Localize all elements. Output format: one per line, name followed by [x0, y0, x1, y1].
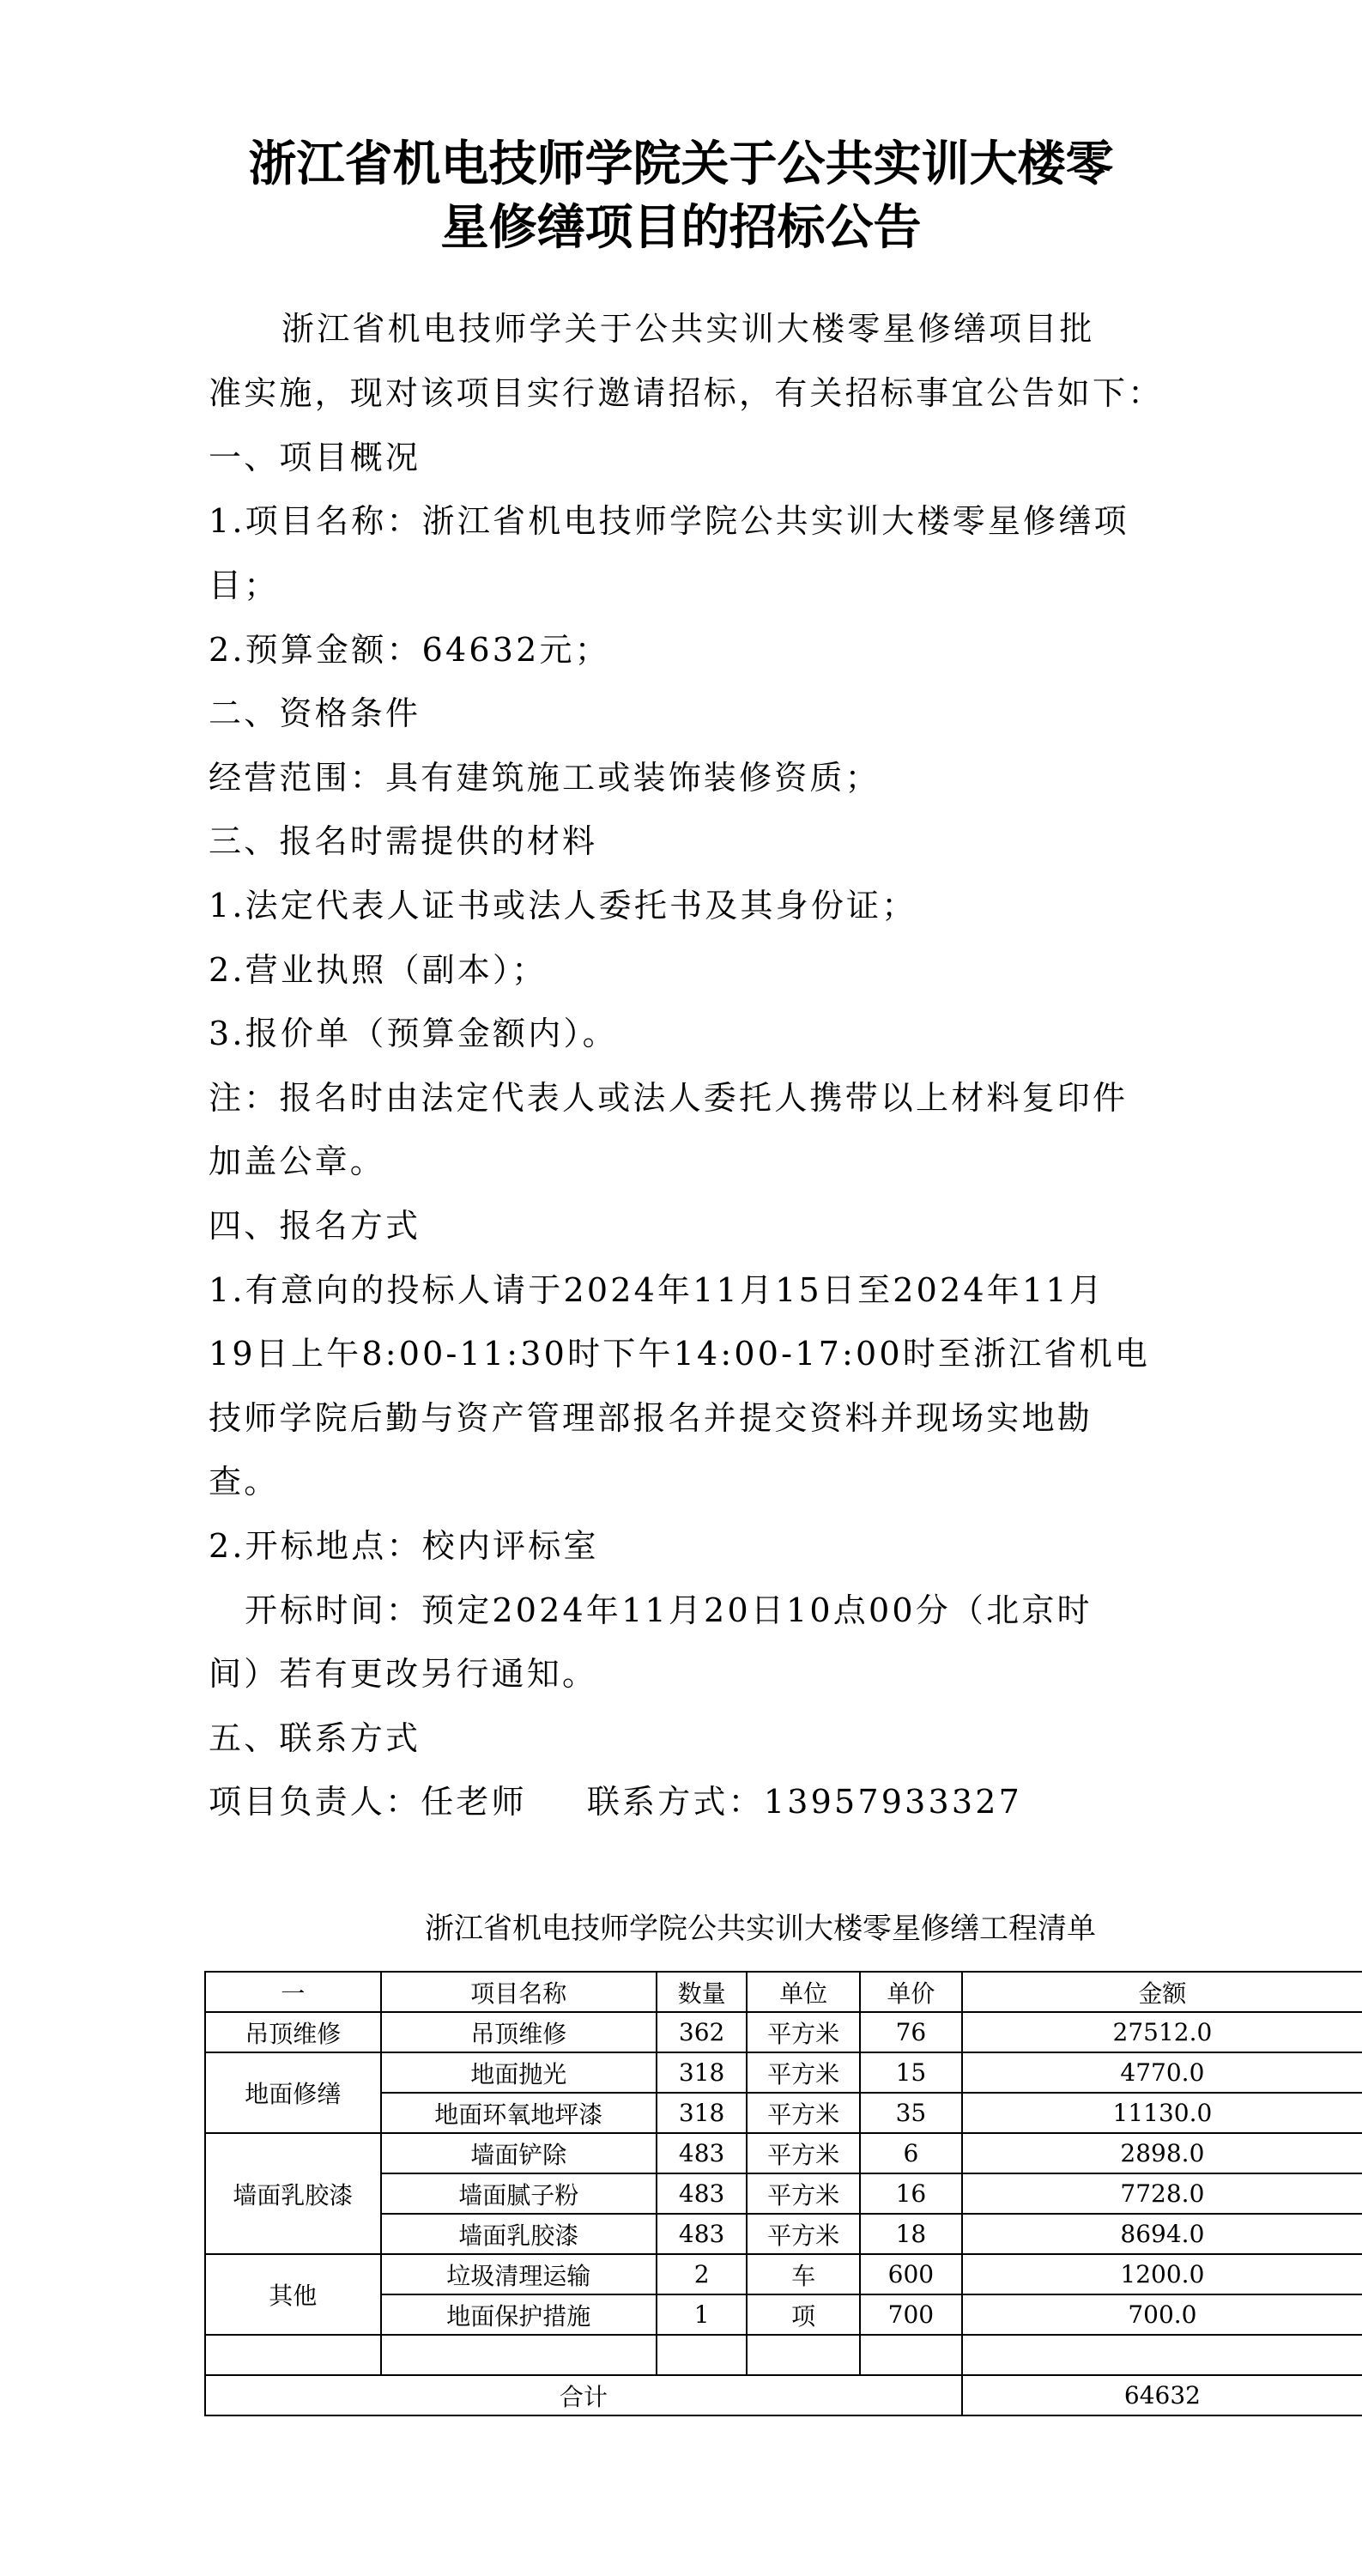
section-heading-contact: 五、联系方式: [209, 1717, 421, 1760]
quantity-cell: 318: [657, 2093, 747, 2133]
quantity-cell: 483: [657, 2133, 747, 2173]
item-name-cell: 吊顶维修: [381, 2012, 657, 2052]
total-label: 合计: [205, 2375, 962, 2415]
materials-note-line-2: 加盖公章。: [209, 1140, 385, 1183]
section-heading-project-overview: 一、项目概况: [209, 436, 421, 479]
amount-cell: 700.0: [962, 2294, 1362, 2335]
empty-cell: [657, 2335, 747, 2375]
header-quantity: 数量: [657, 1972, 747, 2012]
unit-cell: 项: [747, 2294, 860, 2335]
unit-price-cell: 600: [860, 2254, 962, 2294]
amount-cell: 4770.0: [962, 2052, 1362, 2093]
registration-line-1: 1.有意向的投标人请于2024年11月15日至2024年11月: [209, 1269, 1105, 1312]
empty-cell: [381, 2335, 657, 2375]
registration-line-3: 技师学院后勤与资产管理部报名并提交资料并现场实地勘: [209, 1397, 1093, 1440]
bill-title: 浙江省机电技师学院公共实训大楼零星修缮工程清单: [0, 1910, 1362, 1948]
table-header-row: 一 项目名称 数量 单位 单价 金额: [205, 1972, 1362, 2012]
project-name-line-1: 1.项目名称：浙江省机电技师学院公共实训大楼零星修缮项: [209, 500, 1129, 542]
empty-cell: [205, 2335, 381, 2375]
category-cell: 地面修缮: [205, 2052, 381, 2133]
bill-of-quantities-table: 一 项目名称 数量 单位 单价 金额 吊顶维修 吊顶维修 362 平方米 76 …: [204, 1971, 1362, 2416]
unit-cell: 平方米: [747, 2093, 860, 2133]
table-row: 墙面乳胶漆 墙面铲除 483 平方米 6 2898.0: [205, 2133, 1362, 2173]
table-row: 吊顶维修 吊顶维修 362 平方米 76 27512.0: [205, 2012, 1362, 2052]
header-unit-price: 单价: [860, 1972, 962, 2012]
section-heading-qualification: 二、资格条件: [209, 692, 421, 735]
material-item-1: 1.法定代表人证书或法人委托书及其身份证；: [209, 884, 917, 927]
amount-cell: 8694.0: [962, 2214, 1362, 2254]
header-unit: 单位: [747, 1972, 860, 2012]
item-name-cell: 墙面乳胶漆: [381, 2214, 657, 2254]
quantity-cell: 318: [657, 2052, 747, 2093]
contact-person: 项目负责人：任老师: [209, 1783, 527, 1821]
budget-amount: 2.预算金额：64632元；: [209, 628, 610, 671]
unit-price-cell: 16: [860, 2173, 962, 2214]
section-heading-registration: 四、报名方式: [209, 1204, 421, 1247]
amount-cell: 2898.0: [962, 2133, 1362, 2173]
header-category: 一: [205, 1972, 381, 2012]
amount-cell: 7728.0: [962, 2173, 1362, 2214]
total-amount: 64632: [962, 2375, 1362, 2415]
item-name-cell: 墙面腻子粉: [381, 2173, 657, 2214]
intro-paragraph-line-1: 浙江省机电技师学关于公共实训大楼零星修缮项目批: [281, 307, 1095, 350]
empty-cell: [860, 2335, 962, 2375]
table-row: 其他 垃圾清理运输 2 车 600 1200.0: [205, 2254, 1362, 2294]
unit-price-cell: 6: [860, 2133, 962, 2173]
quantity-cell: 2: [657, 2254, 747, 2294]
empty-cell: [747, 2335, 860, 2375]
bid-opening-time-line-2: 间）若有更改另行通知。: [209, 1652, 597, 1695]
item-name-cell: 地面环氧地坪漆: [381, 2093, 657, 2133]
unit-price-cell: 35: [860, 2093, 962, 2133]
table-total-row: 合计 64632: [205, 2375, 1362, 2415]
category-cell: 吊顶维修: [205, 2012, 381, 2052]
table-row-empty: [205, 2335, 1362, 2375]
item-name-cell: 地面抛光: [381, 2052, 657, 2093]
title-line-2: 星修缮项目的招标公告: [0, 196, 1362, 259]
material-item-2: 2.营业执照（副本）；: [209, 949, 547, 991]
contact-line: 项目负责人：任老师联系方式：13957933327: [209, 1780, 1022, 1823]
unit-cell: 平方米: [747, 2012, 860, 2052]
amount-cell: 11130.0: [962, 2093, 1362, 2133]
category-cell: 墙面乳胶漆: [205, 2133, 381, 2254]
unit-cell: 平方米: [747, 2052, 860, 2093]
registration-line-2: 19日上午8:00-11:30时下午14:00-17:00时至浙江省机电: [209, 1332, 1150, 1375]
unit-cell: 平方米: [747, 2214, 860, 2254]
category-cell: 其他: [205, 2254, 381, 2335]
header-amount: 金额: [962, 1972, 1362, 2012]
materials-note-line-1: 注：报名时由法定代表人或法人委托人携带以上材料复印件: [209, 1076, 1128, 1119]
unit-price-cell: 700: [860, 2294, 962, 2335]
intro-paragraph-line-2: 准实施，现对该项目实行邀请招标，有关招标事宜公告如下：: [209, 372, 1163, 415]
table-row: 地面修缮 地面抛光 318 平方米 15 4770.0: [205, 2052, 1362, 2093]
material-item-3: 3.报价单（预算金额内）。: [209, 1012, 618, 1055]
project-name-line-2: 目；: [209, 564, 279, 607]
header-item-name: 项目名称: [381, 1972, 657, 2012]
unit-cell: 车: [747, 2254, 860, 2294]
amount-cell: 1200.0: [962, 2254, 1362, 2294]
quantity-cell: 483: [657, 2214, 747, 2254]
amount-cell: 27512.0: [962, 2012, 1362, 2052]
quantity-cell: 362: [657, 2012, 747, 2052]
title-line-1: 浙江省机电技师学院关于公共实训大楼零: [0, 132, 1362, 196]
contact-phone[interactable]: 联系方式：13957933327: [587, 1783, 1022, 1821]
empty-cell: [962, 2335, 1362, 2375]
bid-opening-time-line-1: 开标时间：预定2024年11月20日10点00分（北京时: [245, 1589, 1093, 1632]
registration-line-4: 查。: [209, 1460, 279, 1503]
unit-cell: 平方米: [747, 2173, 860, 2214]
business-scope: 经营范围：具有建筑施工或装饰装修资质；: [209, 756, 881, 799]
bid-opening-location: 2.开标地点：校内评标室: [209, 1524, 599, 1567]
unit-price-cell: 15: [860, 2052, 962, 2093]
item-name-cell: 地面保护措施: [381, 2294, 657, 2335]
unit-cell: 平方米: [747, 2133, 860, 2173]
unit-price-cell: 76: [860, 2012, 962, 2052]
section-heading-materials: 三、报名时需提供的材料: [209, 820, 597, 863]
quantity-cell: 483: [657, 2173, 747, 2214]
item-name-cell: 垃圾清理运输: [381, 2254, 657, 2294]
unit-price-cell: 18: [860, 2214, 962, 2254]
quantity-cell: 1: [657, 2294, 747, 2335]
item-name-cell: 墙面铲除: [381, 2133, 657, 2173]
